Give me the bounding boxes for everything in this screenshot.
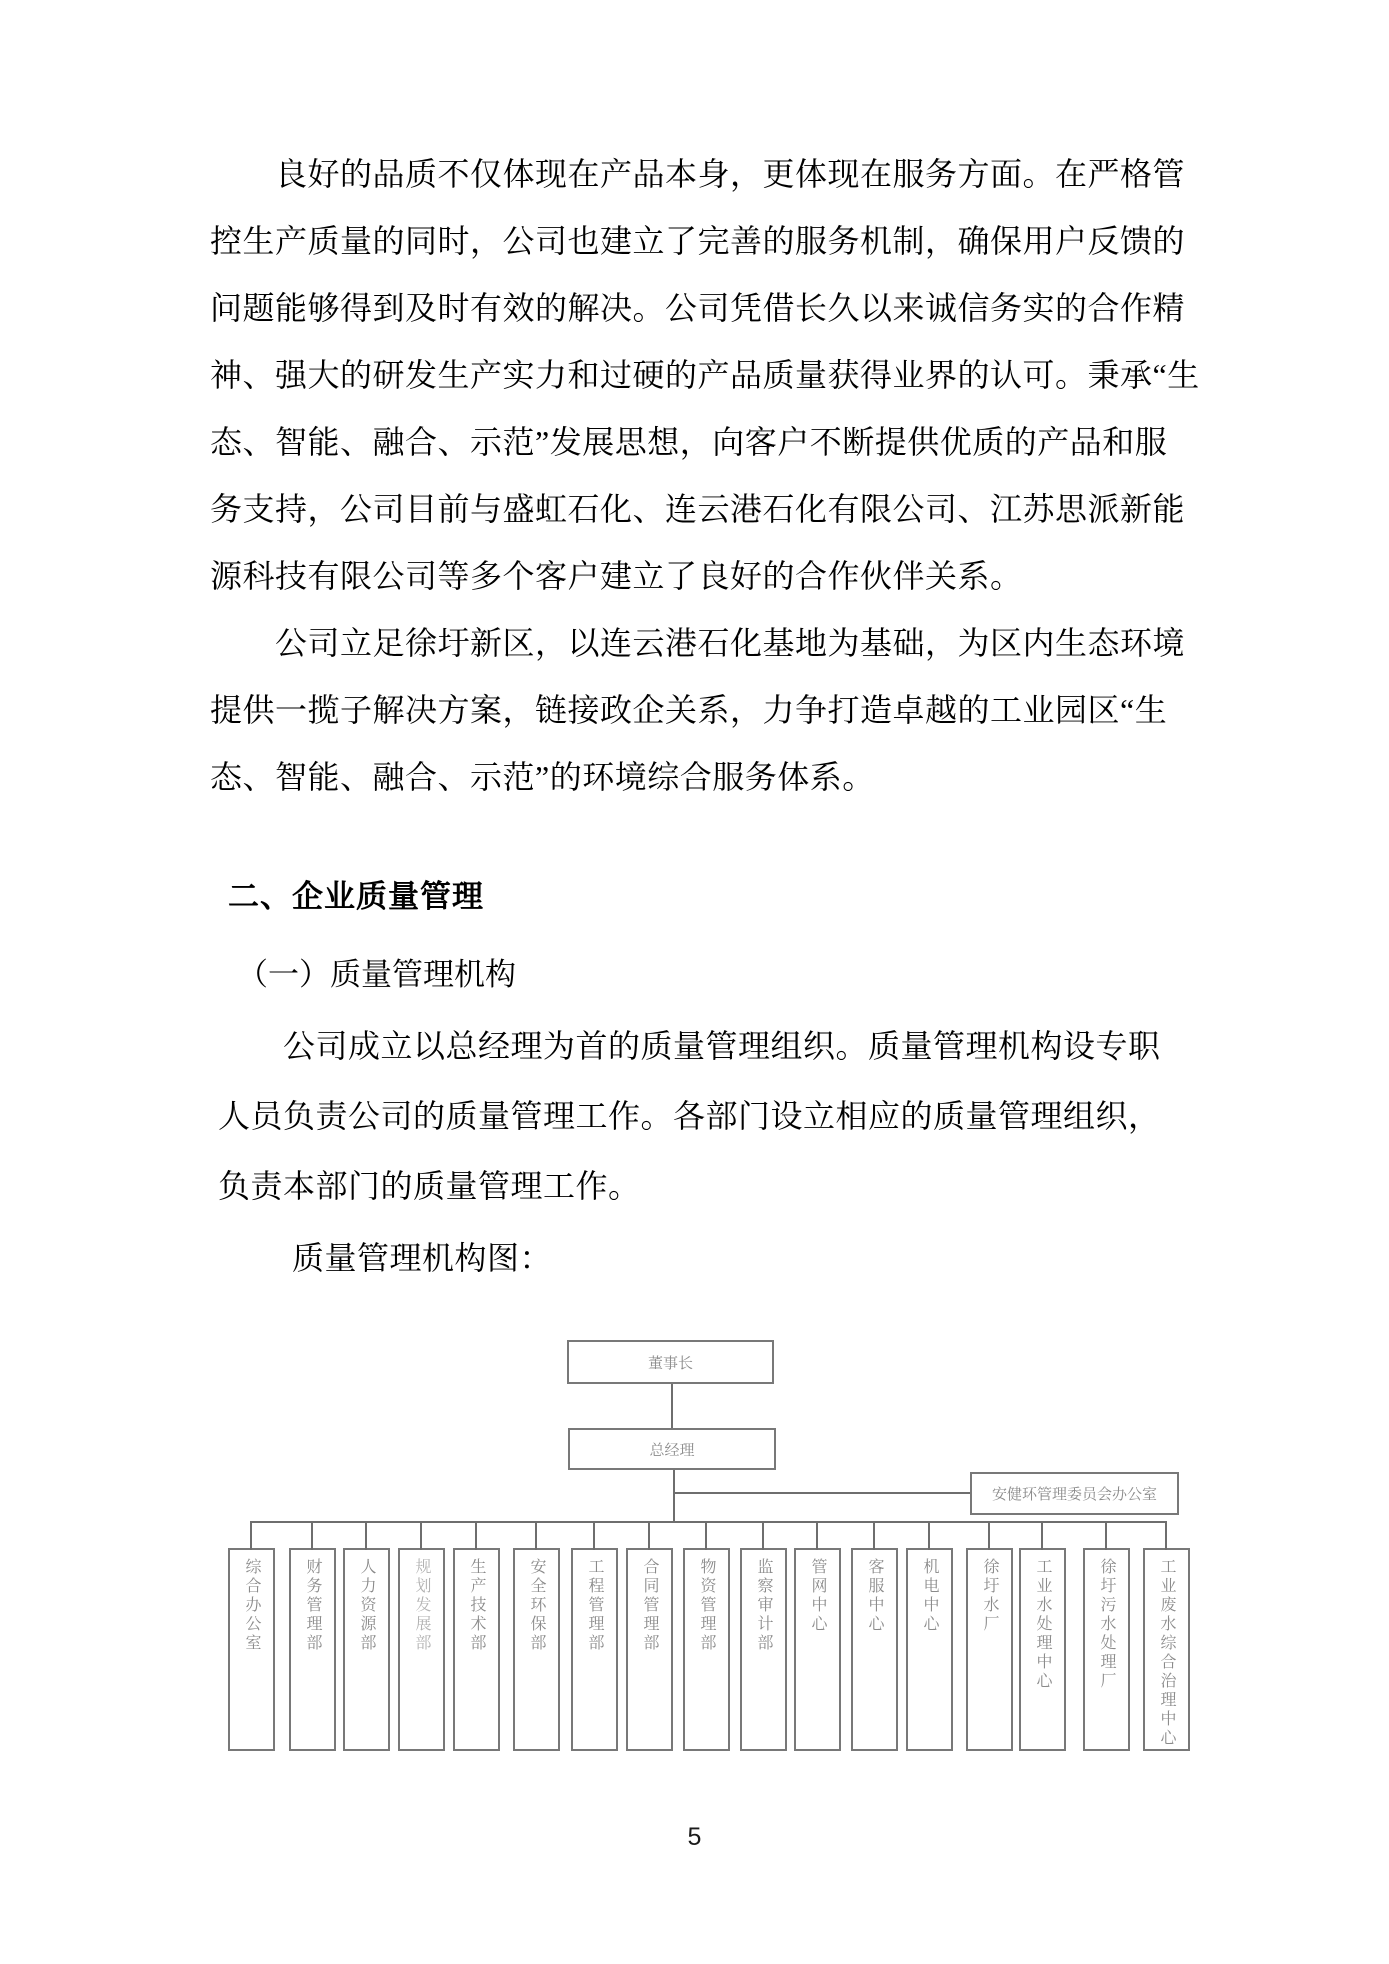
connector-gm-down xyxy=(673,1470,675,1522)
org-box-department: 综合办公室 xyxy=(228,1548,275,1751)
org-box-department: 徐圩污水处理厂 xyxy=(1083,1548,1130,1751)
text-line: 提供一揽子解决方案，链接政企关系，力争打造卓越的工业园区“生 xyxy=(210,677,1185,744)
document-body: 良好的品质不仅体现在产品本身，更体现在服务方面。在严格管控生产质量的同时，公司也… xyxy=(210,141,1185,1293)
text-line: 态、智能、融合、示范”发展思想，向客户不断提供优质的产品和服 xyxy=(210,409,1185,476)
text-line: 务支持，公司目前与盛虹石化、连云港石化有限公司、江苏思派新能 xyxy=(210,476,1185,543)
text-line: 公司立足徐圩新区，以连云港石化基地为基础，为区内生态环境 xyxy=(210,610,1185,677)
org-box-department: 安全环保部 xyxy=(513,1548,560,1751)
org-box-department: 工程管理部 xyxy=(571,1548,618,1751)
text-line: 负责本部门的质量管理工作。 xyxy=(218,1151,1185,1221)
page-number: 5 xyxy=(0,1823,1389,1852)
quality-org-chart: 董事长 总经理 安健环管理委员会办公室 综合办公室财务管理部人力资源部规划发展部… xyxy=(0,1330,1389,1770)
org-box-chairman: 董事长 xyxy=(567,1340,774,1384)
text-line: 人员负责公司的质量管理工作。各部门设立相应的质量管理组织， xyxy=(218,1081,1185,1151)
connector-chairman-gm xyxy=(671,1384,673,1428)
org-box-general-manager: 总经理 xyxy=(568,1428,776,1470)
org-box-department: 合同管理部 xyxy=(626,1548,673,1751)
paragraph-quality-service: 良好的品质不仅体现在产品本身，更体现在服务方面。在严格管控生产质量的同时，公司也… xyxy=(210,141,1185,610)
org-box-department: 工业水处理中心 xyxy=(1019,1548,1066,1751)
org-box-department: 徐圩水厂 xyxy=(966,1548,1013,1751)
org-box-department: 机电中心 xyxy=(906,1548,953,1751)
section-heading: 二、企业质量管理 xyxy=(228,875,1185,919)
text-line: 源科技有限公司等多个客户建立了良好的合作伙伴关系。 xyxy=(210,543,1185,610)
org-box-department: 客服中心 xyxy=(851,1548,898,1751)
sub-heading: （一）质量管理机构 xyxy=(237,953,1185,997)
chart-caption: 质量管理机构图： xyxy=(218,1223,1185,1293)
text-line: 良好的品质不仅体现在产品本身，更体现在服务方面。在严格管 xyxy=(210,141,1185,208)
text-line: 态、智能、融合、示范”的环境综合服务体系。 xyxy=(210,744,1185,811)
text-line: 神、强大的研发生产实力和过硬的产品质量获得业界的认可。秉承“生 xyxy=(210,342,1185,409)
org-box-department: 管网中心 xyxy=(794,1548,841,1751)
org-box-department: 财务管理部 xyxy=(289,1548,336,1751)
paragraph-quality-org: 公司成立以总经理为首的质量管理组织。质量管理机构设专职人员负责公司的质量管理工作… xyxy=(218,1011,1185,1221)
connector-gm-committee xyxy=(673,1492,970,1494)
chart-caption-text: 质量管理机构图： xyxy=(218,1240,552,1276)
org-box-department: 生产技术部 xyxy=(453,1548,500,1751)
text-line: 问题能够得到及时有效的解决。公司凭借长久以来诚信务实的合作精 xyxy=(210,275,1185,342)
org-box-department: 监察审计部 xyxy=(740,1548,787,1751)
org-box-department: 规划发展部 xyxy=(398,1548,445,1751)
org-box-department: 工业废水综合治理中心 xyxy=(1143,1548,1190,1751)
org-box-department: 物资管理部 xyxy=(683,1548,730,1751)
connector-distribution-line xyxy=(251,1521,1166,1523)
text-line: 控生产质量的同时，公司也建立了完善的服务机制，确保用户反馈的 xyxy=(210,208,1185,275)
org-box-committee-office: 安健环管理委员会办公室 xyxy=(970,1472,1179,1515)
paragraph-xuwei-base: 公司立足徐圩新区，以连云港石化基地为基础，为区内生态环境提供一揽子解决方案，链接… xyxy=(210,610,1185,811)
text-line: 公司成立以总经理为首的质量管理组织。质量管理机构设专职 xyxy=(218,1011,1185,1081)
org-box-department: 人力资源部 xyxy=(343,1548,390,1751)
document-page: 良好的品质不仅体现在产品本身，更体现在服务方面。在严格管控生产质量的同时，公司也… xyxy=(0,0,1389,1964)
